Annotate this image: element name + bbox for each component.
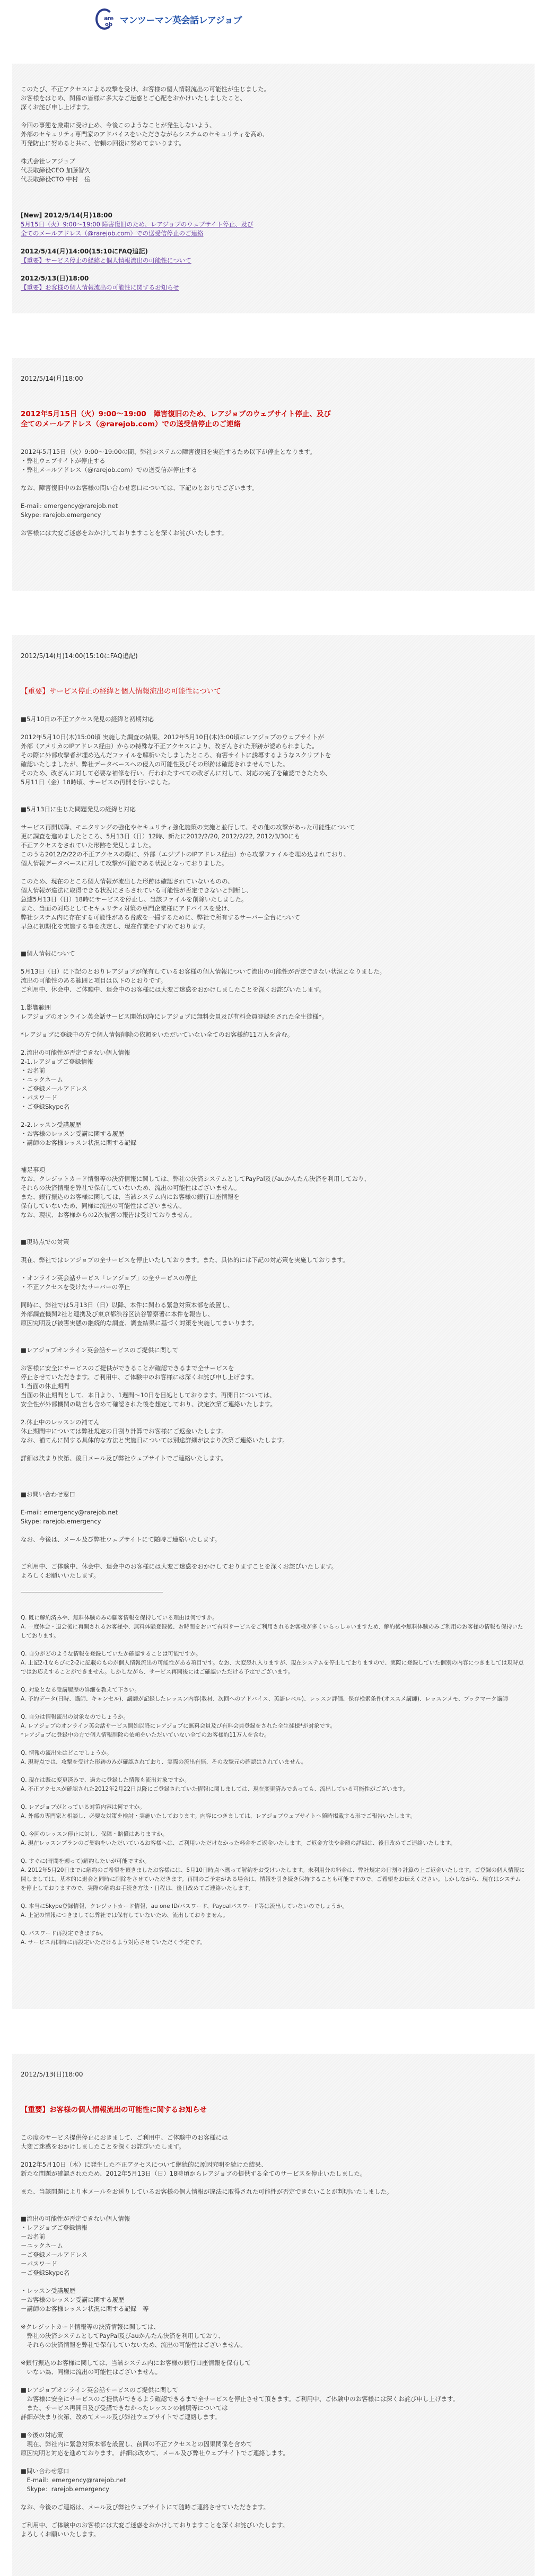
body-line: また、サービス再開日及び受講できなかったレッスンの補填等については [21, 2404, 526, 2413]
body-line [21, 2205, 526, 2214]
body-line: 補足事項 [21, 1166, 526, 1175]
body-line: また、銀行振込のお客様に関しては、当該システム内にお客様の銀行口座情報を [21, 1193, 526, 1202]
faq-question: Q. レアジョブがとっている対策内容は何ですか。 [21, 1803, 526, 1812]
faq-question: Q. 自分は情報流出の対象なのでしょうか。 [21, 1713, 526, 1722]
faq-question: Q. 本当にSkype登録情報、クレジットカード情報、au one ID/パスワ… [21, 1902, 526, 1911]
faq-answer: A. 2012年5月20日までに解約のご希望を頂きましたお客様には、5月10日時… [21, 1866, 526, 1893]
body-line: 休止期間中については弊社規定の日割り計算でお客様にご返金いたします。 [21, 1427, 526, 1436]
body-line: Skype: rarejob.emergency [21, 1517, 526, 1526]
intro-line [21, 112, 526, 121]
intro-line: 再発防止に努めると共に、信頼の回復に努めてまいります。 [21, 139, 526, 148]
body-line: 2012年5月10日(木)15:00頃 実施した調査の結果、2012年5月10日… [21, 733, 526, 742]
body-line: ■5月10日の不正アクセス発見の経緯と初期対応 [21, 715, 526, 724]
body-line: －ご登録Skype名 [21, 2268, 526, 2277]
body-line [21, 1220, 526, 1229]
body-line [21, 2494, 526, 2503]
faq-item: Q. 現在は既に変更済みで、過去に登録した情報も流出対象ですか。A. 不正アクセ… [21, 1776, 526, 1794]
post-panel-service-stop: 2012/5/14(月)14:00(15:10にFAQ追記) 【重要】サービス停… [12, 635, 535, 2009]
body-line: 2.流出の可能性が否定できない個人情報 [21, 1048, 526, 1057]
body-line: このため、現在のところ個人情報が流出した形跡は確認されていないものの、 [21, 877, 526, 886]
body-line: 当面の休止期間として、本日より、1週間～10日を目処としております。再開日につい… [21, 1391, 526, 1400]
body-line [21, 940, 526, 949]
faq-item: Q. 既に解約済みや、無料体験のみの顧客情報を保持している理由は何ですか。A. … [21, 1614, 526, 1641]
body-line [21, 520, 526, 529]
body-line: 保有していないため、同様に流出の可能性はございません。 [21, 1202, 526, 1211]
body-line: また、当該問題により本メールをお送りしているお客様の個人情報が違法に取得された可… [21, 2187, 526, 2196]
body-line: 流出の可能性のある範囲と項目は以下のとおりです。 [21, 976, 526, 985]
news-date: [New] 2012/5/14(月)18:00 [21, 211, 526, 220]
faq-answer: A. 外部の専門家と相談し、必要な対策を検討・実施いたしております。内容につきま… [21, 1812, 526, 1821]
body-line: それらの決済情報を弊社で保有していないため、流出の可能性はございません。 [21, 2341, 526, 2350]
body-line [21, 1247, 526, 1256]
body-line [21, 1039, 526, 1048]
body-line: 弊社の決済システムとしてPayPal及びauかんたん決済を利用しており、 [21, 2332, 526, 2341]
body-line: －ニックネーム [21, 2241, 526, 2250]
post-body: ■5月10日の不正アクセス発見の経緯と初期対応2012年5月10日(木)15:0… [21, 715, 526, 1580]
body-line: ※クレジットカード情報等の決済情報に関しては、 [21, 2323, 526, 2332]
body-line: なお、クレジットカード情報等の決済情報に関しては、弊社の決済システムとしてPay… [21, 1175, 526, 1184]
post-panel-data-leak: 2012/5/13(日)18:00 【重要】お客様の個人情報流出の可能性に関する… [12, 2054, 535, 2576]
body-line: お客様には大変ご迷惑をおかけしておりますことを深くお詫びいたします。 [21, 529, 526, 538]
intro-line: このたび、不正アクセスによる攻撃を受け、お客様の個人情報流出の可能性が生じました… [21, 85, 526, 94]
faq-item: Q. 自分は情報流出の対象なのでしょうか。A. レアジョブのオンライン英会話サー… [21, 1713, 526, 1740]
body-line [21, 1526, 526, 1535]
news-date: 2012/5/14(月)14:00(15:10にFAQ追記) [21, 247, 526, 256]
body-line: E-mail：emergency@rarejob.net [21, 2476, 526, 2485]
body-line: 更に調査を進めましたところ、5月13日（日）12時、新たに2012/2/20, … [21, 832, 526, 841]
news-date: 2012/5/13(日)18:00 [21, 274, 526, 283]
body-line: 2012年5月10日（木）に発生した不正アクセスについて継続的に原因究明を続けた… [21, 2160, 526, 2169]
body-line: ■お問い合わせ窓口 [21, 1490, 526, 1499]
rarejob-logo-icon: are ob [94, 7, 118, 31]
news-item: 2012/5/14(月)14:00(15:10にFAQ追記) 【重要】サービス停… [21, 247, 526, 265]
faq-item: Q. 対象となる受講履歴の詳細を教えて下さい。A. 予約データ(日時、講師、キャ… [21, 1686, 526, 1704]
body-line: 急遽5月13日（日）18時にサービスを停止し、当該ファイルを削除いたしました。 [21, 895, 526, 904]
body-line: 大変ご迷惑をおかけしましたことを深くお詫びいたします。 [21, 2142, 526, 2151]
body-line [21, 1147, 526, 1156]
body-line: 安全性が外部機関の助言も含めて確認された後を想定しており、決定次第ご連絡いたしま… [21, 1400, 526, 1409]
body-line: 個人情報データベースに対して攻撃が可能である状況となっておりました。 [21, 859, 526, 868]
body-line: その際に外部攻撃者が埋め込んだファイルを解析いたしましたところ、有害サイトに誘導… [21, 751, 526, 760]
body-line: 外部（アメリカのIPアドレス経由）からの特殊な不正アクセスにより、改ざんされた形… [21, 742, 526, 751]
faq-question: Q. 自分がどのような情報を登録していたか確認することは可能ですか。 [21, 1650, 526, 1659]
body-line: *レアジョブに登録中の方で個人情報削除の依頼をいただいていない全てのお客様約11… [21, 1030, 526, 1039]
body-line: 5月13日（日）に下記のとおりレアジョブが保有しているお客様の個人情報について流… [21, 967, 526, 976]
body-line [21, 1481, 526, 1490]
body-line: ・弊社メールアドレス（@rarejob.com）での送受信が停止する [21, 466, 526, 475]
body-line: 原因究明及び被害実態の継続的な調査、調査結果に基づく対策を実施してまいります。 [21, 1319, 526, 1328]
body-line: E-mail: emergency@rarejob.net [21, 1508, 526, 1517]
body-line [21, 931, 526, 940]
body-line: なお、障害復旧中のお客様の問い合わせ窓口については、下記のとおりでございます。 [21, 484, 526, 493]
body-line [21, 2196, 526, 2205]
body-line: ■今後の対応策 [21, 2431, 526, 2440]
intro-message: このたび、不正アクセスによる攻撃を受け、お客様の個人情報流出の可能性が生じました… [21, 85, 526, 184]
body-line [21, 2350, 526, 2359]
body-line: 同時に、弊社では5月13日（日）以降、本件に関わる緊急対策本部を設置し、 [21, 1301, 526, 1310]
faq-question: Q. パスワード再設定できますか。 [21, 1929, 526, 1938]
body-line: 1.当面の休止期間 [21, 1382, 526, 1391]
body-line [21, 2277, 526, 2286]
body-line: お客様に安全にサービスのご提供ができることが確認できるまで全サービスを [21, 1364, 526, 1373]
intro-line: 今回の事態を厳粛に受け止め、今後このようなことが発生しないよう、 [21, 121, 526, 130]
body-line: ■5月13日に生じた問題発見の経緯と対応 [21, 805, 526, 814]
body-line: ■レアジョブオンライン英会話サービスのご提供に関して [21, 1346, 526, 1355]
body-line [21, 2178, 526, 2187]
body-line: なお、今後は、メール及び弊社ウェブサイトにて随時ご連絡いたします。 [21, 1535, 526, 1544]
faq-question: Q. すぐに(時間を遡って)解約したいが可能ですか。 [21, 1857, 526, 1866]
intro-line: 外部のセキュリティ専門家のアドバイスをいただきながらシステムのセキュリティを高め… [21, 130, 526, 139]
faq-answer: A. 一度休会・退会後に再開されるお客様や、無料体験登録後、お時間をおいて有料サ… [21, 1623, 526, 1641]
body-line [21, 2151, 526, 2160]
faq-item: Q. 今回のレッスン停止に対し、保障・賠償はありますか。A. 現在レッスンプラン… [21, 1830, 526, 1848]
body-line [21, 1355, 526, 1364]
body-line: サービス再開以降、モニタリングの強化やセキュリティ強化施策の実施と並行して、その… [21, 823, 526, 832]
body-line [21, 796, 526, 805]
body-line: ・ニックネーム [21, 1075, 526, 1084]
body-line [21, 868, 526, 877]
post-title: 【重要】サービス停止の経緯と個人情報流出の可能性について [21, 687, 526, 697]
body-line: 確認いたしましたが、弊社データベースへの侵入の可能性及びその形跡は確認されません… [21, 760, 526, 769]
body-line: 現在、弊社ではレアジョブの全サービスを停止いたしております。また、具体的には下記… [21, 1256, 526, 1265]
faq-answer: A. 不正アクセスが確認された2012年2月22日以降にご登録されていた情報に関… [21, 1785, 526, 1794]
faq-item: Q. 情報の流出先はどこでしょうか。A. 現時点では、攻撃を受けた形跡のみが確認… [21, 1749, 526, 1767]
body-line: ・レッスン受講履歴 [21, 2286, 526, 2295]
faq-item: Q. パスワード再設定できますか。A. サービス再開時に再設定いただけるよう対応… [21, 1929, 526, 1947]
faq-answer: A. 上記2-1ならびに2-2に記載のものが個人情報流出の可能性がある項目です。… [21, 1659, 526, 1677]
body-line: E-mail: emergency@rarejob.net [21, 502, 526, 511]
faq-answer: A. 現在レッスンプランのご契約をいただいているお客様へは、ご利用いただけなかっ… [21, 1839, 526, 1848]
post-date: 2012/5/13(日)18:00 [21, 2070, 526, 2079]
body-line [21, 1499, 526, 1508]
faq-item: Q. レアジョブがとっている対策内容は何ですか。A. 外部の専門家と相談し、必要… [21, 1803, 526, 1821]
body-line: レアジョブのオンライン英会話サービス開始以降にレアジョブに無料会員及び有料会員登… [21, 1012, 526, 1021]
news-link[interactable]: 【重要】お客様の個人情報流出の可能性に関するお知らせ [21, 283, 526, 292]
body-line: Skype：rarejob.emergency [21, 2485, 526, 2494]
post-panel-maintenance: 2012/5/14(月)18:00 2012年5月15日（火）9:00～19:0… [12, 358, 535, 591]
body-line [21, 1445, 526, 1454]
faq-item: Q. 自分がどのような情報を登録していたか確認することは可能ですか。A. 上記2… [21, 1650, 526, 1677]
body-line: ご利用中、休会中、ご体験中、退会中のお客様には大変ご迷惑をおかけしましたことを深… [21, 985, 526, 994]
body-line: ご利用中、ご体験中、休会中、退会中のお客様には大変ご迷惑をおかけしておりますこと… [21, 1562, 526, 1571]
body-line [21, 1328, 526, 1337]
body-line: ■流出の可能性が否定できない個人情報 [21, 2214, 526, 2223]
post-date: 2012/5/14(月)14:00(15:10にFAQ追記) [21, 651, 526, 660]
body-line: ・弊社ウェブサイトが停止する [21, 457, 526, 466]
post-date: 2012/5/14(月)18:00 [21, 374, 526, 383]
body-line: ※銀行振込のお客様に関しては、当該システム内にお客様の銀行口座情報を保有して [21, 2359, 526, 2368]
body-line: ・ご登録メールアドレス [21, 1084, 526, 1093]
body-line [21, 2458, 526, 2467]
body-line [21, 1409, 526, 1418]
body-line: それらの決済情報を弊社で保有していないため、流出の可能性はございません。 [21, 1184, 526, 1193]
body-line [21, 2314, 526, 2323]
faq-answer: A. レアジョブのオンライン英会話サービス開始以降にレアジョブに無料会員及び有料… [21, 1722, 526, 1740]
body-line: Skype: rarejob.emergency [21, 511, 526, 520]
body-line: 1.影響範囲 [21, 1003, 526, 1012]
site-header: are ob マンツーマン英会話レアジョブ [0, 0, 560, 64]
body-line: この度のサービス提供停止におきまして、ご利用中、ご体験中のお客様には [21, 2133, 526, 2142]
body-line: －パスワード [21, 2259, 526, 2268]
body-line: また、当面の対応としてセキュリティ対策の専門企業様にアドバイスを受け、 [21, 904, 526, 913]
body-line: 詳細は決まり次第、後日メール及び弊社ウェブサイトでご連絡いたします。 [21, 1454, 526, 1463]
faq-list: Q. 既に解約済みや、無料体験のみの顧客情報を保持している理由は何ですか。A. … [21, 1614, 526, 1947]
body-line: ご利用中、ご体験中のお客様には大変ご迷惑をおかけしておりますことを深くお詫びいた… [21, 2521, 526, 2530]
body-line: 不正アクセスをされていた形跡を発見しました。 [21, 841, 526, 850]
post-title: 2012年5月15日（火）9:00～19:00 障害復旧のため、レアジョブのウェ… [21, 409, 526, 430]
news-item: 2012/5/13(日)18:00 【重要】お客様の個人情報流出の可能性に関する… [21, 274, 526, 292]
divider [21, 1592, 163, 1592]
faq-question: Q. 現在は既に変更済みで、過去に登録した情報も流出対象ですか。 [21, 1776, 526, 1785]
body-line: なお、現状、お客様からの2次被害の報告は受けておりません。 [21, 1211, 526, 1220]
intro-panel: このたび、不正アクセスによる攻撃を受け、お客様の個人情報流出の可能性が生じました… [12, 64, 535, 313]
intro-line: お客様をはじめ、関係の皆様に多大なご迷惑とご心配をおかけいたしましたこと、 [21, 94, 526, 103]
news-link[interactable]: 5月15日（火）9:00～19:00 障害復旧のため、レアジョブのウェブサイト停… [21, 220, 526, 238]
body-line [21, 475, 526, 484]
faq-question: Q. 今回のレッスン停止に対し、保障・賠償はありますか。 [21, 1830, 526, 1839]
body-line: 2-2.レッスン受講履歴 [21, 1120, 526, 1129]
body-line: お客様に安全にサービスのご提供ができるよう確認できるまで全サービスを停止させて頂… [21, 2395, 526, 2404]
body-line: －ご登録メールアドレス [21, 2250, 526, 2259]
faq-answer: A. 予約データ(日時、講師、キャンセル)、講師が記録したレッスン内容(教材、次… [21, 1695, 526, 1704]
post-body: 2012年5月15日（火）9:00～19:00の間、弊社システムの障害復旧を実施… [21, 448, 526, 538]
body-line: ・講師のお客様レッスン状況に関する記録 [21, 1138, 526, 1147]
post-body: この度のサービス提供停止におきまして、ご利用中、ご体験中のお客様には大変ご迷惑を… [21, 2133, 526, 2539]
body-line: いない為、同様に流出の可能性はございません。 [21, 2368, 526, 2377]
body-line [21, 958, 526, 967]
body-line: 外部調査機関2社と連携及び東京都渋谷区渋谷警察署に本件を報告し、 [21, 1310, 526, 1319]
news-link[interactable]: 【重要】サービス停止の経緯と個人情報流出の可能性について [21, 256, 526, 265]
news-item: [New] 2012/5/14(月)18:00 5月15日（火）9:00～19:… [21, 211, 526, 238]
body-line: なお、補てんに関する具体的な方法と実施日については別途詳細が決まり次第ご連絡いた… [21, 1436, 526, 1445]
body-line: －お客様のレッスン受講に関する履歴 [21, 2295, 526, 2305]
body-line: よろしくお願いいたします。 [21, 2530, 526, 2539]
faq-item: Q. 本当にSkype登録情報、クレジットカード情報、au one ID/パスワ… [21, 1902, 526, 1920]
body-line: 停止させていただきます。ご利用中、ご体験中のお客様には深くお詫び申し上げます。 [21, 1373, 526, 1382]
faq-question: Q. 対象となる受講履歴の詳細を教えて下さい。 [21, 1686, 526, 1695]
body-line: 早急に初期化を実施する事を決定し、現在作業をすすめております。 [21, 922, 526, 931]
cto-name: 代表取締役CTO 中村 岳 [21, 175, 526, 184]
body-line: ・ご登録Skype名 [21, 1102, 526, 1111]
body-line [21, 1229, 526, 1238]
faq-question: Q. 既に解約済みや、無料体験のみの顧客情報を保持している理由は何ですか。 [21, 1614, 526, 1623]
body-line [21, 2422, 526, 2431]
body-line [21, 994, 526, 1003]
faq-answer: A. 上記の情報につきましては弊社では保有していないため、流出しておりません。 [21, 1911, 526, 1920]
body-line: 原因究明と対応を進めております。 詳細は改めて、メール及び弊社ウェブサイトでご連… [21, 2449, 526, 2458]
body-line: 新たな問題が確認されたため、2012年5月13日（日）18時頃からレアジョブの提… [21, 2169, 526, 2178]
body-line [21, 1553, 526, 1562]
body-line [21, 814, 526, 823]
faq-answer: A. 現時点では、攻撃を受けた形跡のみが確認されており、実際の流出有無、その攻撃… [21, 1758, 526, 1767]
intro-line: 深くお詫び申し上げます。 [21, 103, 526, 112]
body-line: なお、今後のご連絡は、メール及び弊社ウェブサイトにて随時ご連絡させていただきます… [21, 2503, 526, 2512]
body-line: －講師のお客様レッスン状況に関する記録 等 [21, 2305, 526, 2314]
body-line: ・パスワード [21, 1093, 526, 1102]
body-line [21, 1463, 526, 1472]
faq-question: Q. 情報の流出先はどこでしょうか。 [21, 1749, 526, 1758]
faq-answer: A. サービス再開時に再設定いただけるよう対応させていただく予定です。 [21, 1938, 526, 1947]
body-line: ・レアジョブご登録情報 [21, 2223, 526, 2232]
body-line: 個人情報が違法に取得できる状況にさらされている可能性が否定できないと判断し、 [21, 886, 526, 895]
body-line: ■レアジョブオンライン英会話サービスのご提供に関して [21, 2386, 526, 2395]
faq-item: Q. すぐに(時間を遡って)解約したいが可能ですか。A. 2012年5月20日ま… [21, 1857, 526, 1893]
post-title: 【重要】お客様の個人情報流出の可能性に関するお知らせ [21, 2105, 526, 2115]
body-line: ■現時点での対策 [21, 1238, 526, 1247]
body-line: ・お名前 [21, 1066, 526, 1075]
body-line [21, 724, 526, 733]
body-line: ■個人情報について [21, 949, 526, 958]
logo-text: マンツーマン英会話レアジョブ [120, 13, 242, 26]
body-line: ・オンライン英会話サービス「レアジョブ」の全サービスの停止 [21, 1274, 526, 1283]
body-line [21, 1111, 526, 1120]
company-name: 株式会社レアジョブ [21, 157, 526, 166]
body-line [21, 1544, 526, 1553]
body-line: ・お客様のレッスン受講に関する履歴 [21, 1129, 526, 1138]
body-line [21, 1472, 526, 1481]
body-line [21, 1292, 526, 1301]
body-line: 2012年5月15日（火）9:00～19:00の間、弊社システムの障害復旧を実施… [21, 448, 526, 457]
body-line [21, 1156, 526, 1166]
body-line: 2.休止中のレッスンの補てん [21, 1418, 526, 1427]
body-line [21, 1337, 526, 1346]
body-line [21, 2512, 526, 2521]
body-line [21, 493, 526, 502]
ceo-name: 代表取締役CEO 加藤智久 [21, 166, 526, 175]
body-line [21, 787, 526, 796]
body-line: 詳細が決まり次第、改めてメール及び弊社ウェブサイトでご連絡します。 [21, 2413, 526, 2422]
logo[interactable]: are ob マンツーマン英会話レアジョブ [94, 7, 242, 31]
body-line: そのため、改ざんに対して必要な補修を行い、行われたすべての改ざんに対して、対応の… [21, 769, 526, 778]
body-line: よろしくお願いいたします。 [21, 1571, 526, 1580]
body-line: －お名前 [21, 2232, 526, 2241]
body-line: このうち2012/2/22の不正アクセスの際に、外部（エジプトのIPアドレス経由… [21, 850, 526, 859]
body-line: 現在、弊社内に緊急対策本部を設置し、前回の不正アクセスとの因果関係を含めて [21, 2440, 526, 2449]
body-line: 2-1.レアジョブご登録情報 [21, 1057, 526, 1066]
body-line [21, 2377, 526, 2386]
body-line [21, 1265, 526, 1274]
body-line: ・不正アクセスを受けたサーバーの停止 [21, 1283, 526, 1292]
body-line: 5月11日（金）18時頃、サービスの再開を行いました。 [21, 778, 526, 787]
body-line [21, 1021, 526, 1030]
intro-line [21, 148, 526, 157]
body-line: 弊社システム内に存在する可能性がある脅威を一掃するために、弊社で所有するサーバー… [21, 913, 526, 922]
body-line: ■問い合わせ窓口 [21, 2467, 526, 2476]
